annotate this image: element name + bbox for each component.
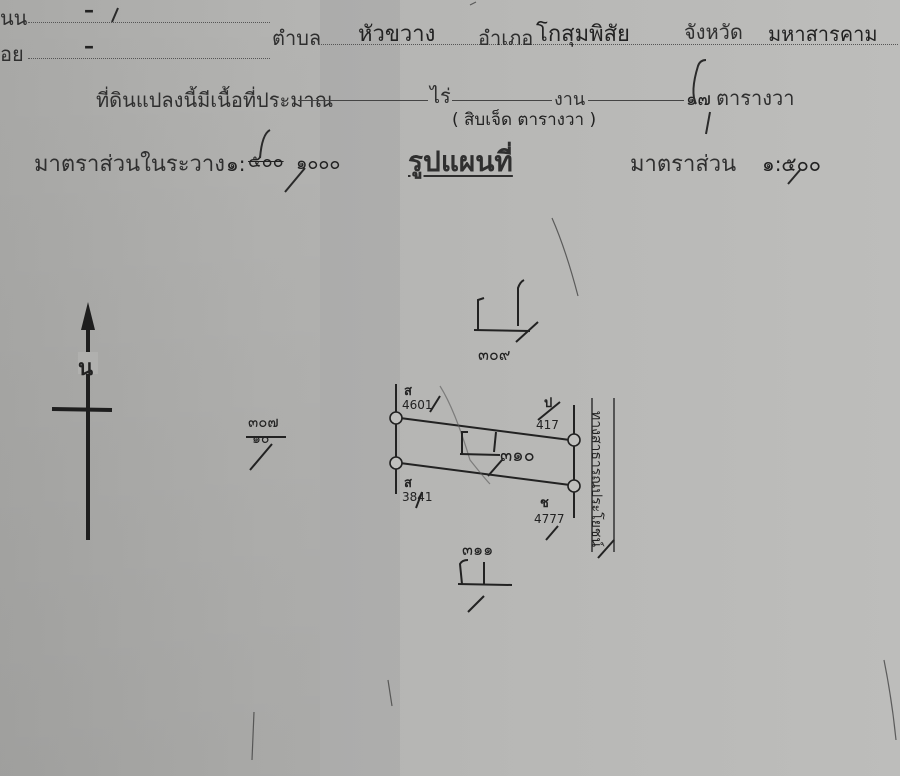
neighbor-north-number: ๓๐๙ bbox=[478, 343, 510, 368]
boundary-marker-top-left bbox=[390, 412, 402, 424]
marker-bottom-left-number: 3841 bbox=[402, 490, 433, 504]
parcel-number: ๓๑๐ bbox=[500, 440, 535, 469]
marker-top-left-number: 4601 bbox=[402, 398, 433, 412]
neighbor-west-sub: ๑๐ bbox=[252, 428, 269, 450]
boundary-marker-top-right bbox=[568, 434, 580, 446]
neighbor-309-marks bbox=[474, 280, 538, 342]
marker-top-right-code: ป bbox=[544, 392, 552, 413]
north-label: น bbox=[78, 350, 93, 385]
marker-top-right-number: 417 bbox=[536, 418, 559, 432]
neighbor-311-marks bbox=[458, 560, 512, 612]
marker-bottom-right-code: ช bbox=[540, 492, 549, 513]
boundary-marker-bottom-right bbox=[568, 480, 580, 492]
marker-bottom-right-number: 4777 bbox=[534, 512, 565, 526]
north-arrow-icon bbox=[52, 302, 112, 540]
neighbor-south-number: ๓๑๑ bbox=[462, 538, 493, 563]
boundary-marker-bottom-left bbox=[390, 457, 402, 469]
road-label: ทางสาธารณประโยชน์ bbox=[585, 411, 607, 547]
map-drawing bbox=[0, 0, 900, 776]
check-marks bbox=[112, 8, 800, 192]
